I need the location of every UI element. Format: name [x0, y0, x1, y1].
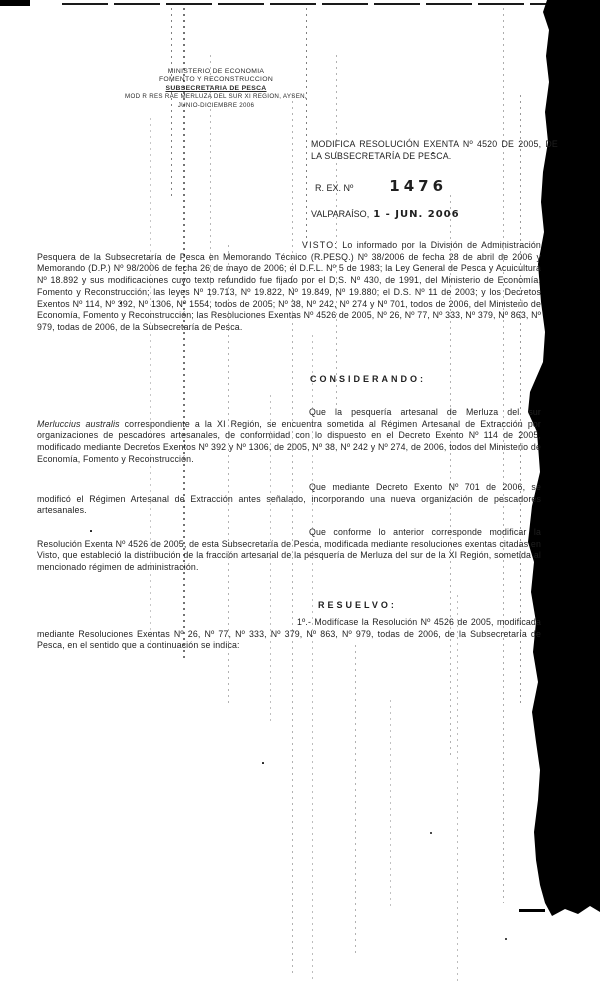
considerando-heading: CONSIDERANDO:	[310, 374, 426, 384]
scanned-document-page: MINISTERIO DE ECONOMIA FOMENTO Y RECONST…	[0, 0, 600, 987]
letterhead-line: MOD R RES RAE MERLUZA DEL SUR XI REGION,…	[104, 93, 328, 101]
letterhead-line: MINISTERIO DE ECONOMIA	[104, 68, 328, 76]
considerando-3: Que conforme lo anterior corresponde mod…	[37, 527, 541, 574]
visto-body: Lo informado por la División de Administ…	[37, 240, 541, 332]
dateline: VALPARAÍSO,1 - JUN. 2006	[311, 209, 551, 220]
letterhead-line: SUBSECRETARIA DE PESCA	[104, 85, 328, 93]
resuelvo-paragraph-1: 1º.- Modifícase la Resolución Nº 4526 de…	[37, 617, 541, 652]
date-stamp: 1 - JUN. 2006	[373, 209, 459, 220]
resolution-label: R. EX. Nº	[315, 183, 353, 193]
resolution-number-line: R. EX. Nº1476	[315, 177, 555, 195]
visto-label: VISTO:	[302, 240, 338, 250]
considerando-1: Que la pesquería artesanal de Merluza de…	[37, 407, 541, 466]
considerando-1-text: Que la pesquería artesanal de Merluza de…	[309, 407, 541, 417]
letterhead: MINISTERIO DE ECONOMIA FOMENTO Y RECONST…	[104, 68, 328, 110]
letterhead-line: JUNIO-DICIEMBRE 2006	[104, 102, 328, 110]
letterhead-line: FOMENTO Y RECONSTRUCCION	[104, 76, 328, 84]
place-label: VALPARAÍSO,	[311, 209, 369, 219]
resolution-number-stamp: 1476	[389, 177, 447, 195]
document-title: MODIFICA RESOLUCIÓN EXENTA Nº 4520 DE 20…	[311, 139, 558, 162]
considerando-2: Que mediante Decreto Exento Nº 701 de 20…	[37, 482, 541, 517]
visto-paragraph: VISTO: Lo informado por la División de A…	[37, 240, 541, 334]
species-name: Merluccius australis	[37, 419, 120, 429]
resuelvo-heading: RESUELVO:	[318, 600, 397, 610]
